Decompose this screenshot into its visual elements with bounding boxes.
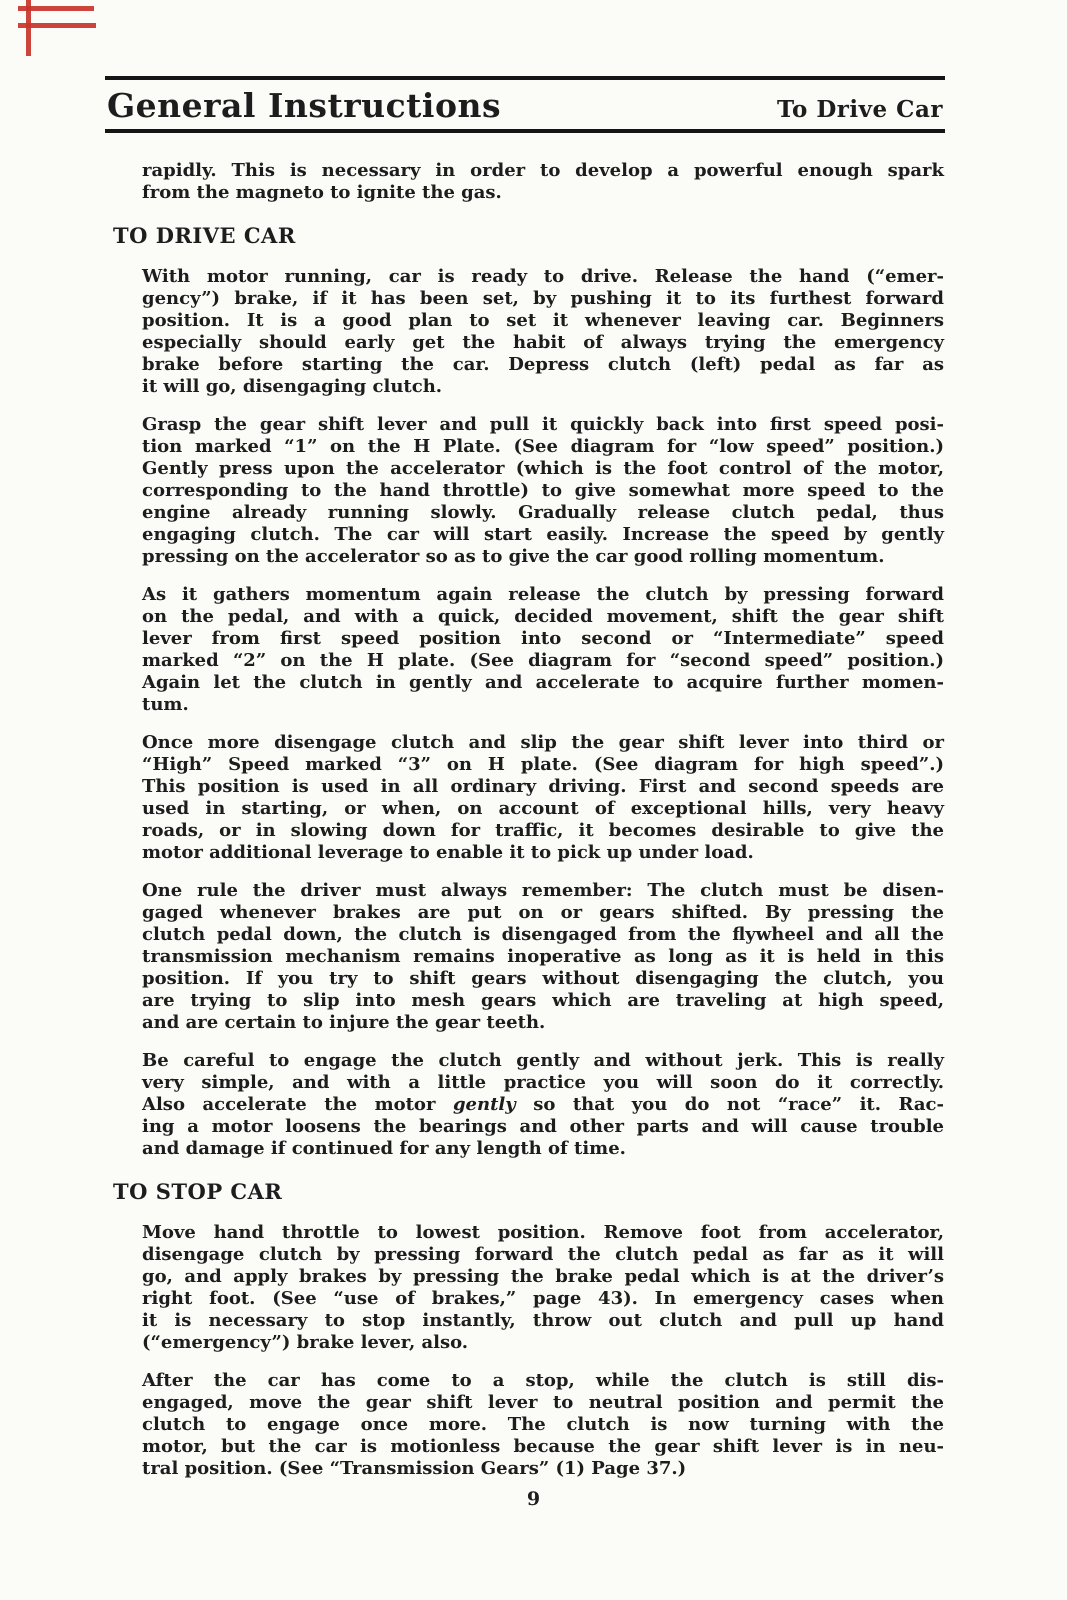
text-line: position. It is a good plan to set it wh… bbox=[142, 310, 944, 332]
text-line: engaged, move the gear shift lever to ne… bbox=[142, 1392, 944, 1414]
text-line: This position is used in all ordinary dr… bbox=[142, 776, 944, 798]
page-content: rapidly. This is necessary in order to d… bbox=[113, 160, 944, 1496]
text-line: motor additional leverage to enable it t… bbox=[142, 842, 944, 864]
text-line: Gently press upon the accelerator (which… bbox=[142, 458, 944, 480]
text-line: from the magneto to ignite the gas. bbox=[142, 182, 944, 204]
text-line: Be careful to engage the clutch gently a… bbox=[142, 1050, 944, 1072]
text-line: Again let the clutch in gently and accel… bbox=[142, 672, 944, 694]
text-line: marked “2” on the H plate. (See diagram … bbox=[142, 650, 944, 672]
red-scan-mark-vertical bbox=[26, 0, 31, 56]
page-number: 9 bbox=[0, 1488, 1067, 1510]
paragraph: As it gathers momentum again release the… bbox=[142, 584, 944, 716]
text-line: and are certain to injure the gear teeth… bbox=[142, 1012, 944, 1034]
text-line: position. If you try to shift gears with… bbox=[142, 968, 944, 990]
text-line: it will go, disengaging clutch. bbox=[142, 376, 944, 398]
manual-page: General Instructions To Drive Car rapidl… bbox=[0, 0, 1067, 1600]
paragraph: Grasp the gear shift lever and pull it q… bbox=[142, 414, 944, 568]
text-line: lever from first speed position into sec… bbox=[142, 628, 944, 650]
paragraph: With motor running, car is ready to driv… bbox=[142, 266, 944, 398]
text-line: ing a motor loosens the bearings and oth… bbox=[142, 1116, 944, 1138]
page-header: General Instructions To Drive Car bbox=[105, 76, 945, 133]
text-line: Also accelerate the motor gently so that… bbox=[142, 1094, 944, 1116]
text-line: tum. bbox=[142, 694, 944, 716]
header-row: General Instructions To Drive Car bbox=[105, 80, 945, 129]
paragraph: After the car has come to a stop, while … bbox=[142, 1370, 944, 1480]
text-line: disengage clutch by pressing forward the… bbox=[142, 1244, 944, 1266]
paragraph: Be careful to engage the clutch gently a… bbox=[142, 1050, 944, 1160]
text-line: and damage if continued for any length o… bbox=[142, 1138, 944, 1160]
page-title: General Instructions bbox=[107, 89, 501, 122]
text-line: clutch pedal down, the clutch is disenga… bbox=[142, 924, 944, 946]
text-line: Grasp the gear shift lever and pull it q… bbox=[142, 414, 944, 436]
text-line: tion marked “1” on the H Plate. (See dia… bbox=[142, 436, 944, 458]
text-line: gaged whenever brakes are put on or gear… bbox=[142, 902, 944, 924]
text-line: Once more disengage clutch and slip the … bbox=[142, 732, 944, 754]
text-line: very simple, and with a little practice … bbox=[142, 1072, 944, 1094]
section-heading: TO DRIVE CAR bbox=[113, 224, 944, 248]
paragraph: Once more disengage clutch and slip the … bbox=[142, 732, 944, 864]
text-line: corresponding to the hand throttle) to g… bbox=[142, 480, 944, 502]
text-line: transmission mechanism remains inoperati… bbox=[142, 946, 944, 968]
text-line: engine already running slowly. Gradually… bbox=[142, 502, 944, 524]
text-line: One rule the driver must always remember… bbox=[142, 880, 944, 902]
text-line: “High” Speed marked “3” on H plate. (See… bbox=[142, 754, 944, 776]
header-bottom-rule bbox=[105, 129, 945, 133]
text-line: it is necessary to stop instantly, throw… bbox=[142, 1310, 944, 1332]
text-line: brake before starting the car. Depress c… bbox=[142, 354, 944, 376]
text-line: are trying to slip into mesh gears which… bbox=[142, 990, 944, 1012]
paragraph: One rule the driver must always remember… bbox=[142, 880, 944, 1034]
text-line: roads, or in slowing down for traffic, i… bbox=[142, 820, 944, 842]
text-line: used in starting, or when, on account of… bbox=[142, 798, 944, 820]
text-line: As it gathers momentum again release the… bbox=[142, 584, 944, 606]
paragraph: rapidly. This is necessary in order to d… bbox=[142, 160, 944, 204]
text-line: Move hand throttle to lowest position. R… bbox=[142, 1222, 944, 1244]
text-line: (“emergency”) brake lever, also. bbox=[142, 1332, 944, 1354]
paragraph: Move hand throttle to lowest position. R… bbox=[142, 1222, 944, 1354]
text-line: go, and apply brakes by pressing the bra… bbox=[142, 1266, 944, 1288]
text-line: After the car has come to a stop, while … bbox=[142, 1370, 944, 1392]
text-line: right foot. (See “use of brakes,” page 4… bbox=[142, 1288, 944, 1310]
text-line: engaging clutch. The car will start easi… bbox=[142, 524, 944, 546]
text-line: With motor running, car is ready to driv… bbox=[142, 266, 944, 288]
running-header: To Drive Car bbox=[777, 98, 943, 121]
text-line: tral position. (See “Transmission Gears”… bbox=[142, 1458, 944, 1480]
text-line: gency”) brake, if it has been set, by pu… bbox=[142, 288, 944, 310]
text-line: rapidly. This is necessary in order to d… bbox=[142, 160, 944, 182]
text-line: motor, but the car is motionless because… bbox=[142, 1436, 944, 1458]
text-line: pressing on the accelerator so as to giv… bbox=[142, 546, 944, 568]
text-line: clutch to engage once more. The clutch i… bbox=[142, 1414, 944, 1436]
text-line: especially should early get the habit of… bbox=[142, 332, 944, 354]
section-heading: TO STOP CAR bbox=[113, 1180, 944, 1204]
text-line: on the pedal, and with a quick, decided … bbox=[142, 606, 944, 628]
